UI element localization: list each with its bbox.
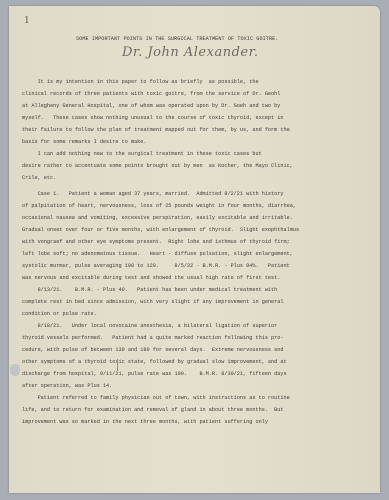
text-line: desire rather to accentuate some points … <box>22 163 293 170</box>
text-line: basis for some remarks I desire to make. <box>22 139 147 146</box>
paper-stain <box>10 364 20 376</box>
text-line: 8/13/21. B.M.R. - Plus 40. Patient has b… <box>22 287 277 294</box>
text-line: was nervous and excitable during test an… <box>22 275 280 282</box>
text-line: left lobe soft; no adenomatous tissue. H… <box>22 251 293 258</box>
text-line: Case 1. Patient a woman aged 37 years, m… <box>22 191 284 198</box>
text-line: other symptoms of a thyroid toxic state,… <box>22 359 287 366</box>
text-line: I can add nothing new to the surgical tr… <box>22 151 262 158</box>
text-line: 8/18/21. Under local novocaine anesthesi… <box>22 323 277 330</box>
handwritten-author: Dr. John Alexander. <box>122 45 259 60</box>
pencil-mark <box>117 359 118 371</box>
text-line: Crile, etc. <box>22 175 56 182</box>
text-line: at Allegheny General Hospital, one of wh… <box>22 103 280 110</box>
corner-page-mark: 1 <box>24 16 30 26</box>
text-line: occasional nausea and vomiting, excessiv… <box>22 215 293 222</box>
text-line: condition or pulse rate. <box>22 311 97 318</box>
text-line: It is my intention in this paper to foll… <box>22 79 259 86</box>
text-line: improvement was so marked in the next th… <box>22 419 268 426</box>
text-line: complete rest in bed since admission, wi… <box>22 299 284 306</box>
text-line: clinical records of three patients with … <box>22 91 280 98</box>
text-line: discharge from hospital, 9/11/21, pulse … <box>22 371 287 378</box>
text-line: Patient referred to family physician out… <box>22 395 290 402</box>
text-line: life, and to return for examination and … <box>22 407 284 414</box>
text-line: their failure to follow the plan of trea… <box>22 127 290 134</box>
text-line: after operation, was Plus 14. <box>22 383 112 390</box>
text-line: systolic murmur, pulse averaging 100 to … <box>22 263 290 270</box>
text-line: with vongraef and other eye symptoms pre… <box>22 239 290 246</box>
text-line: cedure, with pulse of between 130 and 18… <box>22 347 284 354</box>
text-line: myself. These cases show nothing unusual… <box>22 115 284 122</box>
text-line: of palpitation of heart, nervousness, lo… <box>22 203 296 210</box>
text-line: Gradual onset over four or five months, … <box>22 227 299 234</box>
text-line: thyroid vessels performed. Patient had a… <box>22 335 284 342</box>
page-title: SOME IMPORTANT POINTS IN THE SURGICAL TR… <box>76 36 278 42</box>
